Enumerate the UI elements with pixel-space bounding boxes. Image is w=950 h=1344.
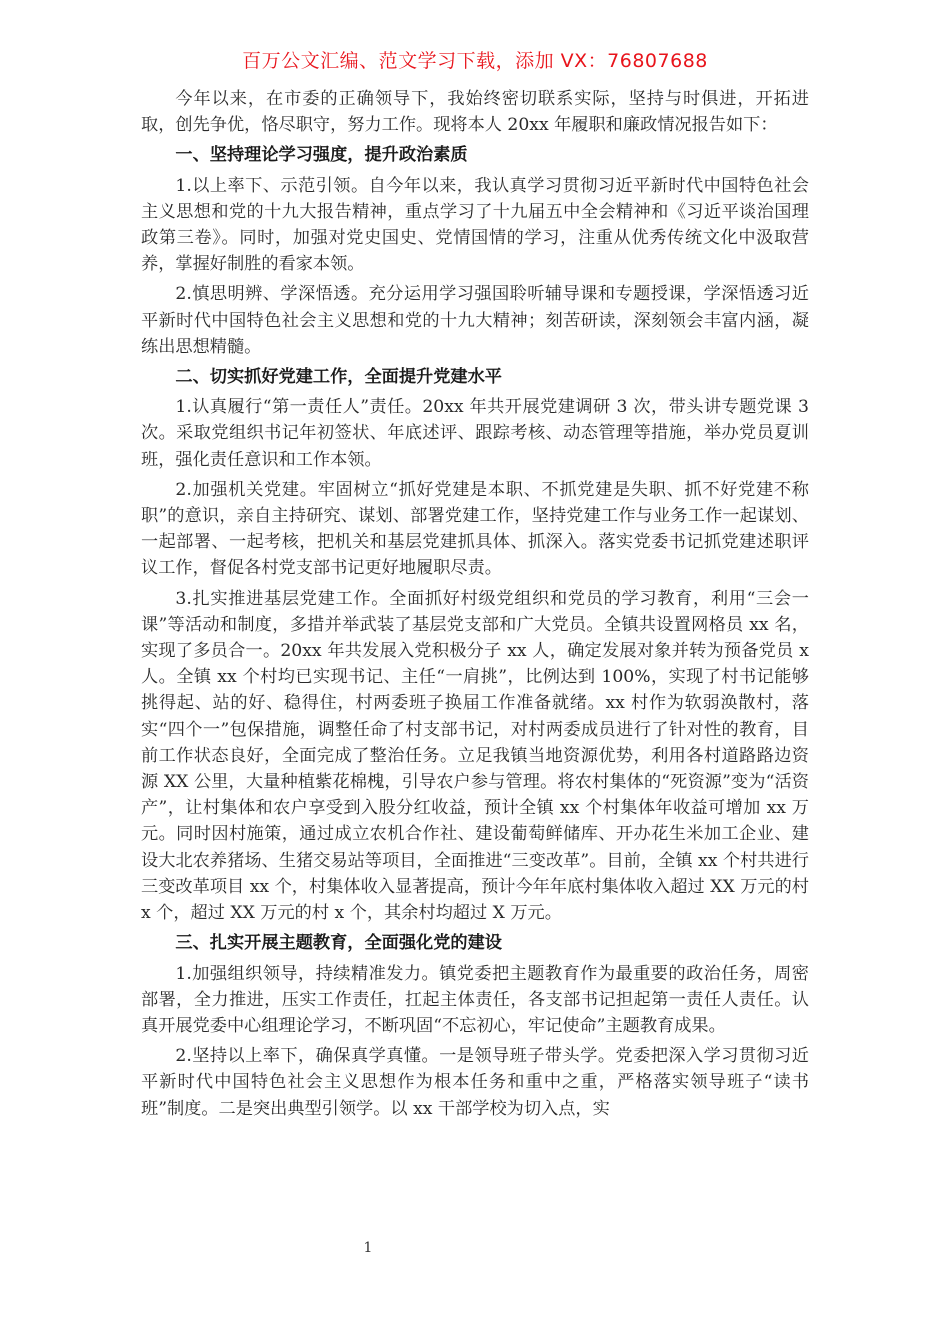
paragraph: 2.坚持以上率下，确保真学真懂。一是领导班子带头学。党委把深入学习贯彻习近平新时… [141,1043,809,1122]
watermark-banner: 百万公文汇编、范文学习下载，添加 VX：76807688 [0,46,950,73]
section-heading-3: 三、扎实开展主题教育，全面强化党的建设 [141,930,809,956]
document-page: 百万公文汇编、范文学习下载，添加 VX：76807688 今年以来，在市委的正确… [0,0,950,1344]
paragraph: 3.扎实推进基层党建工作。全面抓好村级党组织和党员的学习教育，利用“三会一课”等… [141,586,809,927]
section-heading-1: 一、坚持理论学习强度，提升政治素质 [141,142,809,168]
paragraph: 2.慎思明辨、学深悟透。充分运用学习强国聆听辅导课和专题授课，学深悟透习近平新时… [141,281,809,360]
intro-paragraph: 今年以来，在市委的正确领导下，我始终密切联系实际，坚持与时俱进，开拓进取，创先争… [141,86,809,138]
paragraph: 1.以上率下、示范引领。自今年以来，我认真学习贯彻习近平新时代中国特色社会主义思… [141,173,809,278]
document-body: 今年以来，在市委的正确领导下，我始终密切联系实际，坚持与时俱进，开拓进取，创先争… [141,86,809,1126]
section-heading-2: 二、切实抓好党建工作，全面提升党建水平 [141,364,809,390]
paragraph: 1.加强组织领导，持续精准发力。镇党委把主题教育作为最重要的政治任务，周密部署，… [141,961,809,1040]
page-number: 1 [358,1240,378,1256]
paragraph: 1.认真履行“第一责任人”责任。20xx 年共开展党建调研 3 次，带头讲专题党… [141,394,809,473]
paragraph: 2.加强机关党建。牢固树立“抓好党建是本职、不抓党建是失职、抓不好党建不称职”的… [141,477,809,582]
